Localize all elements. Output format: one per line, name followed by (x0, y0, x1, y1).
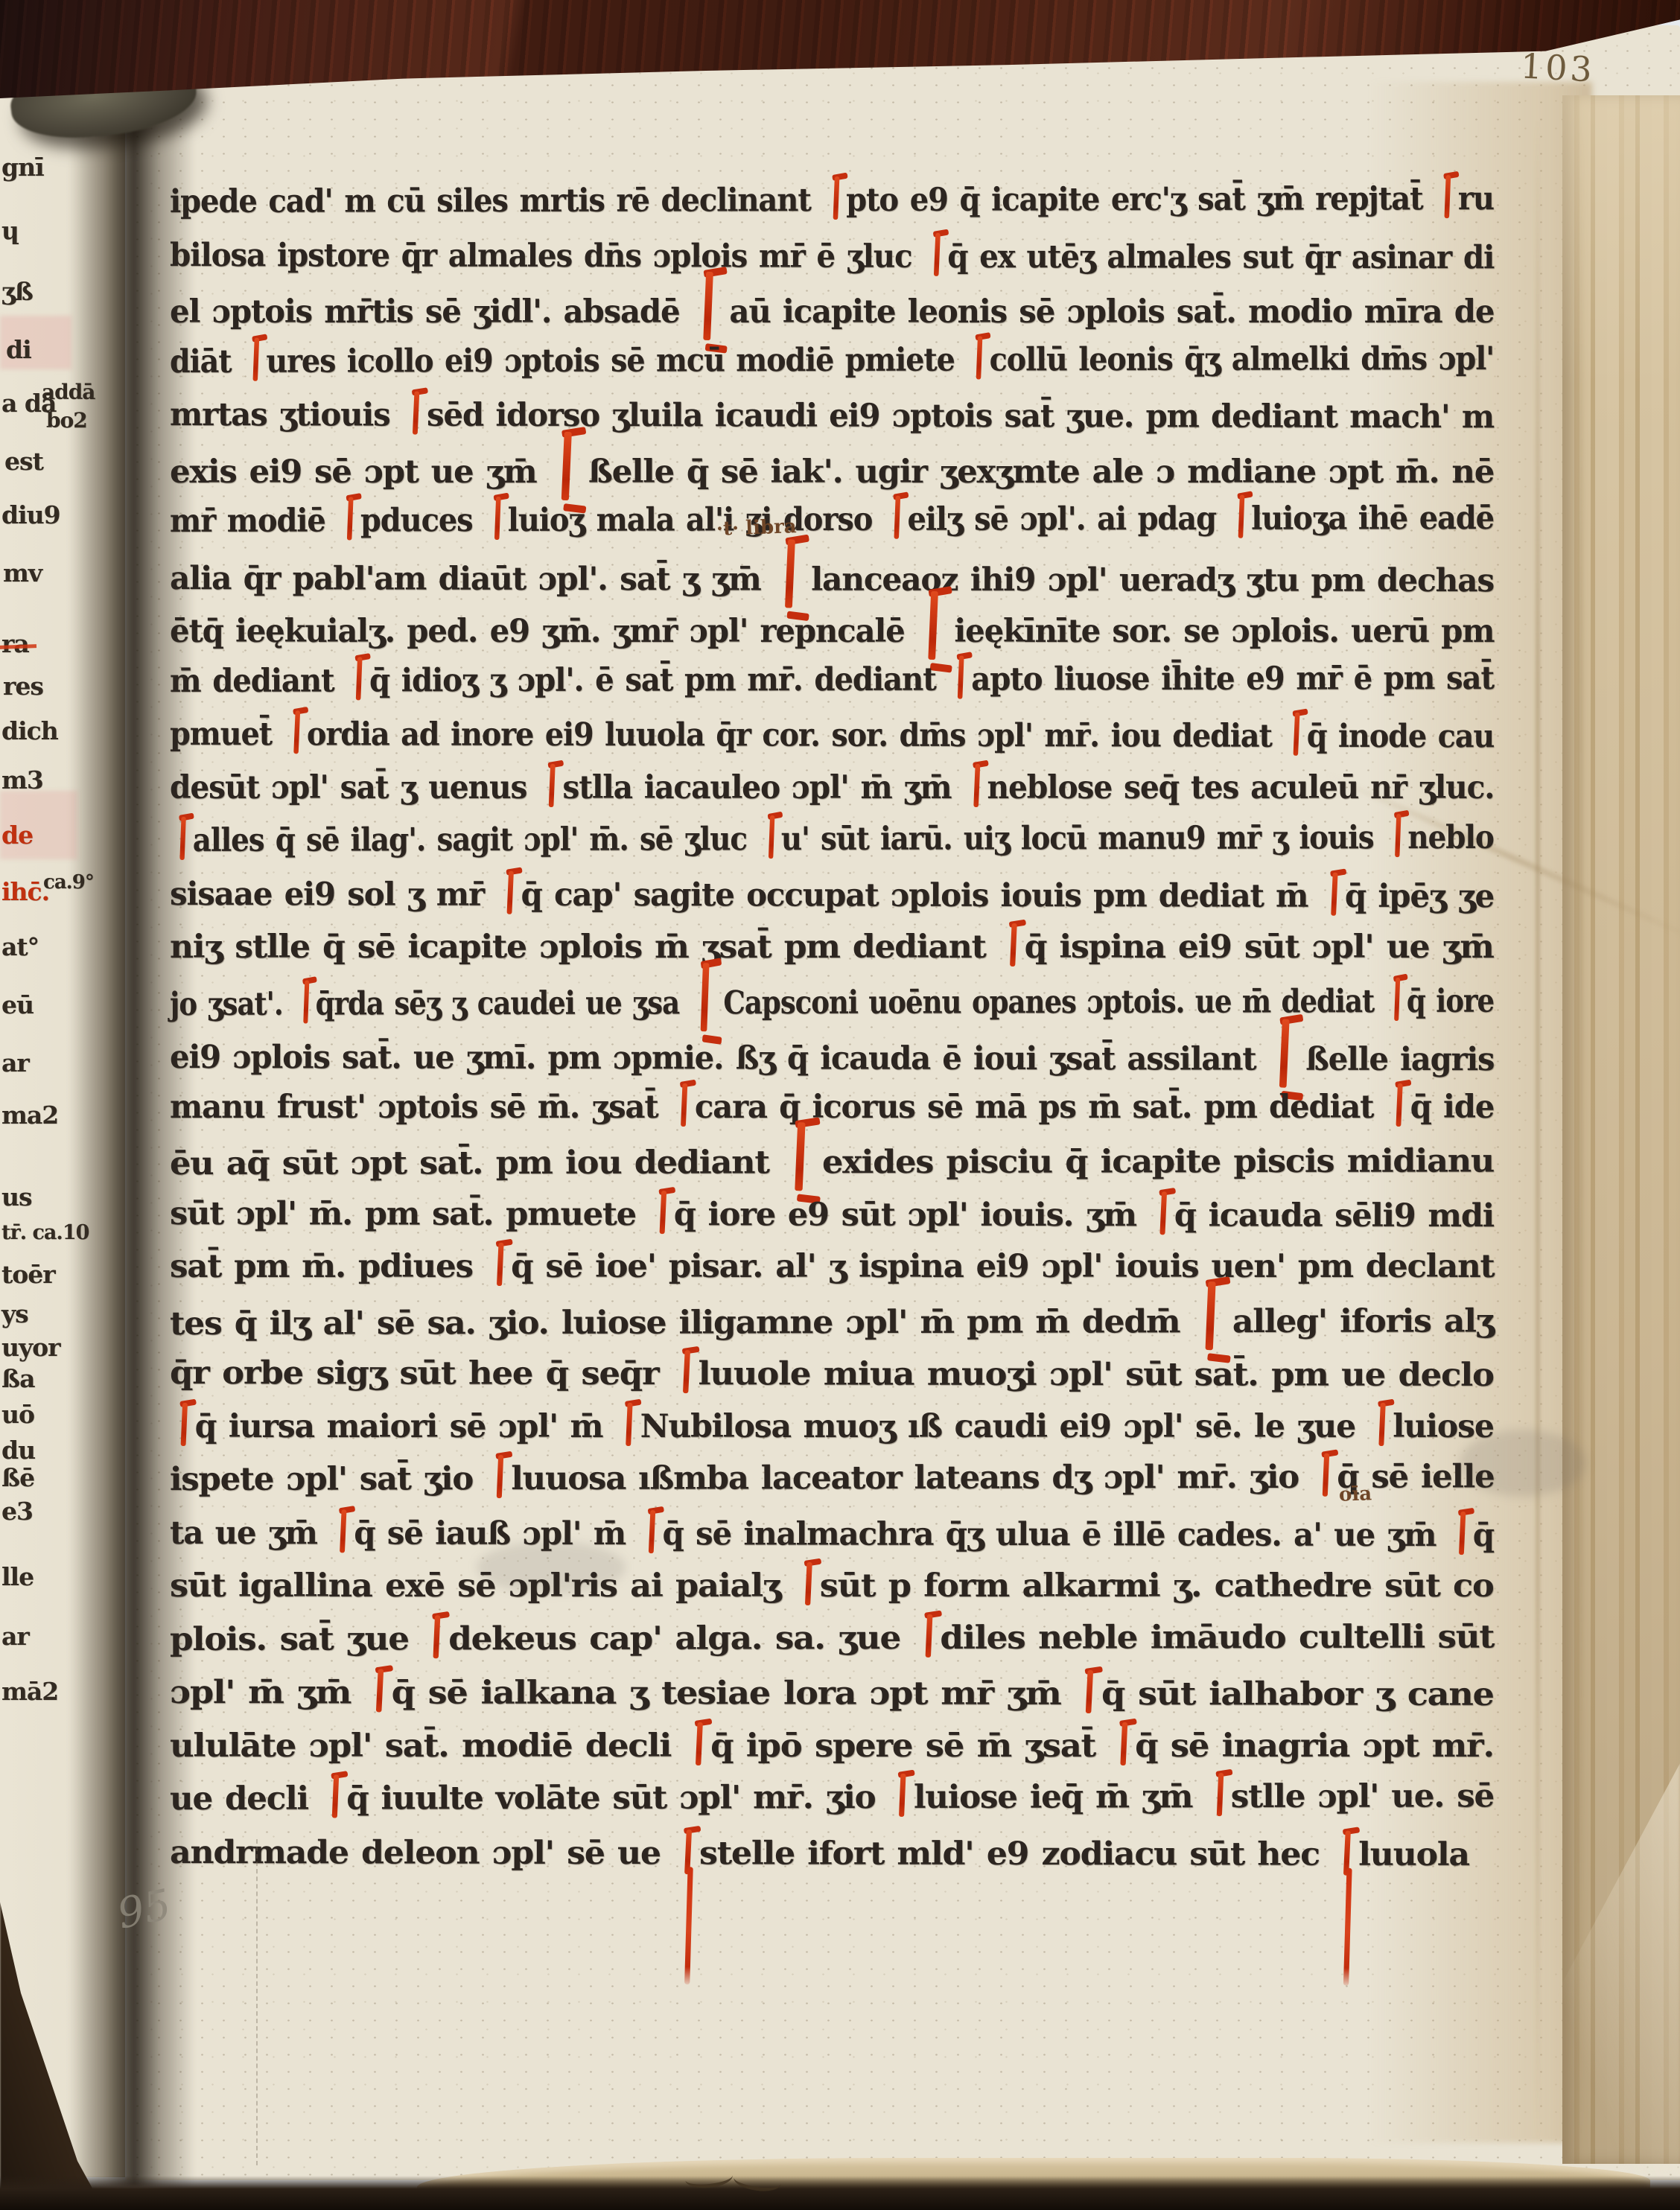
red-paraph-mark (504, 875, 516, 914)
margin-fragment: e3 (1, 1497, 33, 1526)
manuscript-line-text: diāt ures icollo ei9 ɔptois sē mcū modiē… (170, 332, 1494, 389)
manuscript-line: plois. sat̄ ʒue dekeus cap' alga. sa. ʒu… (170, 1611, 1581, 1666)
red-paraph-mark (802, 1567, 815, 1605)
red-paraph-mark (1117, 1727, 1130, 1765)
margin-fragment: at° (1, 932, 39, 961)
margin-fragment: ßa (1, 1364, 34, 1393)
manuscript-line: alles q̄ sē ilag'. sagit ɔpl' m̄. sē ʒlu… (170, 812, 1381, 867)
red-paraph-mark (1203, 1292, 1226, 1347)
manuscript-line: sisaae ei9 sol ʒ mr̄ q̄ cap' sagite occu… (170, 868, 1478, 924)
margin-fragment: ma2 (1, 1101, 58, 1130)
manuscript-line: jo ʒsat'. q̄rda sēʒ ʒ caudei ue ʒsa Caps… (170, 972, 1326, 1028)
margin-fragment: est (4, 447, 43, 476)
red-paraph-mark (792, 1133, 815, 1188)
red-paraph-mark (657, 1195, 669, 1234)
red-paraph-mark (971, 768, 982, 807)
manuscript-line-text: el ɔptois mr̄tis sē ʒidl'. absadē aū ica… (170, 282, 1494, 340)
red-paraph-mark (680, 1354, 693, 1393)
red-paraph-mark (301, 984, 311, 1023)
margin-fragment: ihc̄. (1, 877, 49, 906)
manuscript-line-text: sat̄ pm m̄. pdiues q̄ sē ioe' pisar. al'… (170, 1241, 1494, 1294)
red-paraph-mark (1340, 1835, 1353, 1873)
red-paraph-mark (646, 1515, 658, 1553)
margin-fragment: tr̄. ca.10 (1, 1221, 89, 1244)
margin-fragment: us (1, 1182, 32, 1211)
margin-fragment: di (6, 335, 31, 364)
red-paraph-mark (678, 1088, 690, 1127)
red-paraph-mark (410, 396, 422, 435)
manuscript-line-text: alles q̄ sē ilag'. sagit ɔpl' m̄. sē ʒlu… (170, 812, 1494, 868)
red-paraph-mark (1083, 1675, 1095, 1713)
red-paraph-mark (177, 821, 188, 860)
manuscript-line: sūt igallina exē sē ɔpl'ris ai paialʒ sū… (170, 1560, 1563, 1614)
manuscript-scan: gnīɥʒßdia dāaddābo2estdiu9mvraresdichm3d… (0, 0, 1680, 2210)
margin-fragment: bo2 (46, 408, 87, 433)
margin-fragment: dich (1, 716, 58, 745)
red-paraph-mark (353, 661, 364, 700)
manuscript-line: ipede cad' m cū siles mrtis rē declinant… (170, 173, 1420, 229)
manuscript-line: ēu aq̄ sūt ɔpt sat̄. pm iou dediant exid… (170, 1131, 1560, 1187)
manuscript-line: mrtas ʒtiouis sēd idorso ʒluila icaudi e… (170, 389, 1475, 445)
margin-fragment: eū (1, 990, 34, 1019)
manuscript-line: ispete ɔpl' sat̄ ʒio luuosa ıßmba laceat… (170, 1450, 1523, 1506)
margin-fragment: toēr (1, 1260, 55, 1289)
margin-fragment: du (1, 1436, 35, 1465)
red-paraph-mark (494, 1247, 506, 1286)
manuscript-line-text: ipede cad' m cū siles mrtis rē declinant… (170, 173, 1494, 229)
red-paraph-mark (1442, 179, 1453, 218)
margin-fragment: ar (1, 1048, 29, 1077)
margin-fragment: ʒß (1, 277, 33, 306)
manuscript-line: sat̄ pm m̄. pdiues q̄ sē ioe' pisar. al'… (170, 1241, 1527, 1294)
manuscript-line: ɔpl' m̄ ʒm̄ q̄ sē ialkana ʒ tesiae lora … (170, 1666, 1610, 1722)
margin-fragment: res (3, 672, 43, 701)
manuscript-line: niʒ stlle q̄ sē icapite ɔplois m̄ ʒsat̄ … (170, 921, 1544, 975)
manuscript-line: manu frust' ɔptois sē m̄. ʒsat̄ cara q̄ … (170, 1081, 1473, 1135)
manuscript-line: ta ue ʒm̄ q̄ sē iauß ɔpl' m̄ q̄ sē inalm… (170, 1507, 1478, 1563)
manuscript-line-text: ispete ɔpl' sat̄ ʒio luuosa ıßmba laceat… (170, 1450, 1495, 1506)
manuscript-line: ululāte ɔpl' sat̄. modiē decli q̄ ipō sp… (170, 1720, 1570, 1774)
vertical-crease-line (256, 1839, 258, 2165)
red-paraph-mark (701, 282, 722, 337)
red-paraph-mark (250, 342, 261, 380)
red-paraph-mark (337, 1514, 349, 1553)
manuscript-line-text: ɔpl' m̄ ʒm̄ q̄ sē ialkana ʒ tesiae lora … (170, 1666, 1494, 1722)
manuscript-line-text: sisaae ei9 sol ʒ mr̄ q̄ cap' sagite occu… (170, 868, 1494, 924)
red-paraph-mark (373, 1673, 386, 1712)
manuscript-line: andrmade deleon ɔpl' sē ue stelle ifort … (170, 1827, 1549, 1882)
folio-number: 103 (1520, 45, 1597, 89)
red-paraph-mark (623, 1407, 635, 1446)
manuscript-line-text: niʒ stlle q̄ sē icapite ɔplois m̄ ʒsat̄ … (170, 921, 1494, 975)
manuscript-line-text: ei9 ɔplois sat̄. ue ʒmī. pm ɔpmie. ßʒ q̄… (170, 1028, 1495, 1087)
margin-fragment: ys (1, 1299, 28, 1328)
manuscript-line: sūt ɔpl' m̄. pm sat̄. pmuete q̄ iore e9 … (170, 1188, 1514, 1243)
red-paraph-mark (547, 768, 558, 807)
manuscript-line-text: sūt ɔpl' m̄. pm sat̄. pmuete q̄ iore e9 … (170, 1188, 1494, 1243)
red-paraph-mark (1213, 1777, 1225, 1816)
manuscript-line-text: manu frust' ɔptois sē m̄. ʒsat̄ cara q̄ … (170, 1081, 1494, 1135)
margin-fragment: m3 (1, 765, 43, 794)
red-paraph-mark (699, 973, 718, 1028)
red-paraph-mark (766, 820, 777, 859)
manuscript-line-text: ēu aq̄ sūt ɔpt sat̄. pm iou dediant exid… (170, 1131, 1494, 1191)
manuscript-line: desūt ɔpl' sat̄ ʒ uenus stlla iacauleo ɔ… (170, 762, 1440, 815)
red-paraph-mark (932, 237, 943, 276)
red-paraph-mark (1392, 981, 1402, 1020)
manuscript-line: el ɔptois mr̄tis sē ʒidl'. absadē aū ica… (170, 282, 1474, 336)
book-fore-edge-pages (1562, 95, 1680, 2164)
manuscript-line-text: desūt ɔpl' sat̄ ʒ uenus stlla iacauleo ɔ… (170, 762, 1494, 815)
red-paraph-mark (926, 602, 948, 657)
red-paraph-mark (494, 1459, 506, 1498)
margin-fragment: diu9 (1, 500, 60, 529)
margin-fragment: ar (1, 1622, 29, 1651)
manuscript-line-text: mrtas ʒtiouis sēd idorso ʒluila icaudi e… (170, 389, 1494, 445)
red-paraph-mark (1277, 1030, 1299, 1085)
red-paraph-mark (891, 500, 903, 539)
red-paraph-mark (1320, 1458, 1331, 1497)
manuscript-line-text: q̄r orbe sigʒ sūt hee q̄ seq̄r luuole mi… (170, 1347, 1494, 1402)
manuscript-line-text: ue decli q̄ iuulte volāte sūt ɔpl' mr̄. … (170, 1770, 1494, 1826)
manuscript-line-text: m̄ dediant q̄ idioʒ ʒ ɔpl'. ē sat̄ pm mr… (170, 652, 1494, 708)
red-paraph-mark (430, 1620, 443, 1658)
red-paraph-mark (783, 550, 805, 605)
manuscript-line-text: q̄ iursa maiori sē ɔpl' m̄ Nubilosa muoʒ… (170, 1401, 1494, 1454)
manuscript-line-text: andrmade deleon ɔpl' sē ue stelle ifort … (170, 1827, 1469, 1882)
manuscript-line: pmuet̄ ordia ad inore ei9 luuola q̄r cor… (170, 708, 1410, 764)
red-paraph-mark (1235, 500, 1247, 538)
manuscript-line: m̄ dediant q̄ idioʒ ʒ ɔpl'. ē sat̄ pm mr… (170, 652, 1425, 708)
bottom-cover-edge (0, 2176, 1680, 2210)
red-paraph-mark (1456, 1516, 1468, 1555)
margin-fragment: uō (1, 1400, 34, 1429)
red-paraph-mark (329, 1780, 341, 1818)
margin-fragment: mā2 (1, 1677, 58, 1706)
margin-fragment: mv (3, 558, 42, 587)
manuscript-line: ue decli q̄ iuulte volāte sūt ɔpl' mr̄. … (170, 1770, 1529, 1826)
manuscript-line-text: sūt igallina exē sē ɔpl'ris ai paialʒ sū… (170, 1560, 1494, 1614)
manuscript-line: ētq̄ ieękuialʒ. ped. e9 ʒm̄. ʒmr̄ ɔpl' r… (170, 602, 1474, 655)
manuscript-line-text: exis ei9 sē ɔpt ue ʒm̄ ßelle q̄ sē iak'.… (170, 442, 1494, 500)
margin-fragment: lle (1, 1562, 34, 1591)
margin-fragment: uyor (1, 1333, 60, 1362)
red-paraph-mark (897, 1778, 909, 1817)
red-paraph-mark (1393, 1088, 1405, 1127)
manuscript-line-text: mr̄ modiē pduces luioʒ mala al'i ʒi dors… (170, 492, 1494, 549)
manuscript-line-text: ta ue ʒm̄ q̄ sē iauß ɔpl' m̄ q̄ sē inalm… (170, 1507, 1494, 1563)
red-paraph-mark (830, 181, 841, 220)
margin-fragment: ɥ (1, 216, 19, 245)
red-paraph-mark (291, 715, 302, 754)
manuscript-line: bilosa ipstore q̄r almales dn̄s ɔplois m… (170, 229, 1430, 285)
red-paraph-mark (178, 1407, 190, 1446)
text-block: ipede cad' m cū siles mrtis rē declinant… (170, 176, 1510, 1879)
red-paraph-mark (1328, 876, 1340, 915)
manuscript-line-text: pmuet̄ ordia ad inore ei9 luuola q̄r cor… (170, 708, 1494, 764)
margin-fragment: ra (1, 629, 29, 658)
red-paraph-mark (681, 1834, 694, 1873)
red-paraph-mark (1007, 928, 1019, 967)
manuscript-line: ei9 ɔplois sat̄. ue ʒmī. pm ɔpmie. ßʒ q̄… (170, 1028, 1470, 1083)
manuscript-line: diāt ures icollo ei9 ɔptois sē mcū modiē… (170, 333, 1407, 389)
manuscript-line: tes q̄ ilʒ al' sē sa. ʒio. luiose iligam… (170, 1291, 1544, 1347)
manuscript-line-text: tes q̄ ilʒ al' sē sa. ʒio. luiose iligam… (170, 1291, 1494, 1351)
manuscript-line: q̄r orbe sigʒ sūt hee q̄ seq̄r luuole mi… (170, 1347, 1572, 1403)
manuscript-line: exis ei9 sē ɔpt ue ʒm̄ ßelle q̄ sē iak'.… (170, 442, 1522, 496)
margin-fragment: de (1, 821, 33, 850)
manuscript-line: alia q̄r pabl'am diaūt ɔpl'. sat̄ ʒ ʒm̄ … (170, 549, 1488, 605)
interlinear-note: oīa (1338, 1483, 1372, 1506)
red-paraph-mark (1157, 1196, 1169, 1235)
manuscript-line-text: plois. sat̄ ʒue dekeus cap' alga. sa. ʒu… (170, 1611, 1494, 1666)
margin-fragment: ca.9° (43, 871, 94, 894)
manuscript-line-text: ululāte ɔpl' sat̄. modiē decli q̄ ipō sp… (170, 1720, 1494, 1774)
red-paraph-mark (559, 442, 582, 497)
red-paraph-mark (955, 660, 967, 698)
interlinear-note: ·t· libra (716, 515, 798, 541)
margin-fragment: ßē (1, 1463, 34, 1492)
red-paraph-mark (1375, 1407, 1387, 1446)
red-paraph-mark (1393, 818, 1404, 857)
manuscript-line-text: alia q̄r pabl'am diaūt ɔpl'. sat̄ ʒ ʒm̄ … (170, 549, 1494, 608)
red-paraph-mark (973, 340, 984, 379)
manuscript-line-text: bilosa ipstore q̄r almales dn̄s ɔplois m… (170, 229, 1494, 285)
manuscript-line-text: ētq̄ ieękuialʒ. ped. e9 ʒm̄. ʒmr̄ ɔpl' r… (170, 602, 1494, 659)
red-paraph-mark (922, 1618, 935, 1657)
manuscript-line: q̄ iursa maiori sē ɔpl' m̄ Nubilosa muoʒ… (170, 1401, 1496, 1454)
red-paraph-mark (344, 501, 355, 540)
margin-fragment: gnī (1, 153, 44, 182)
red-paraph-mark (1291, 717, 1302, 756)
red-paraph-mark (693, 1727, 705, 1765)
red-paraph-mark (491, 501, 503, 540)
margin-fragment: addā (42, 380, 95, 404)
